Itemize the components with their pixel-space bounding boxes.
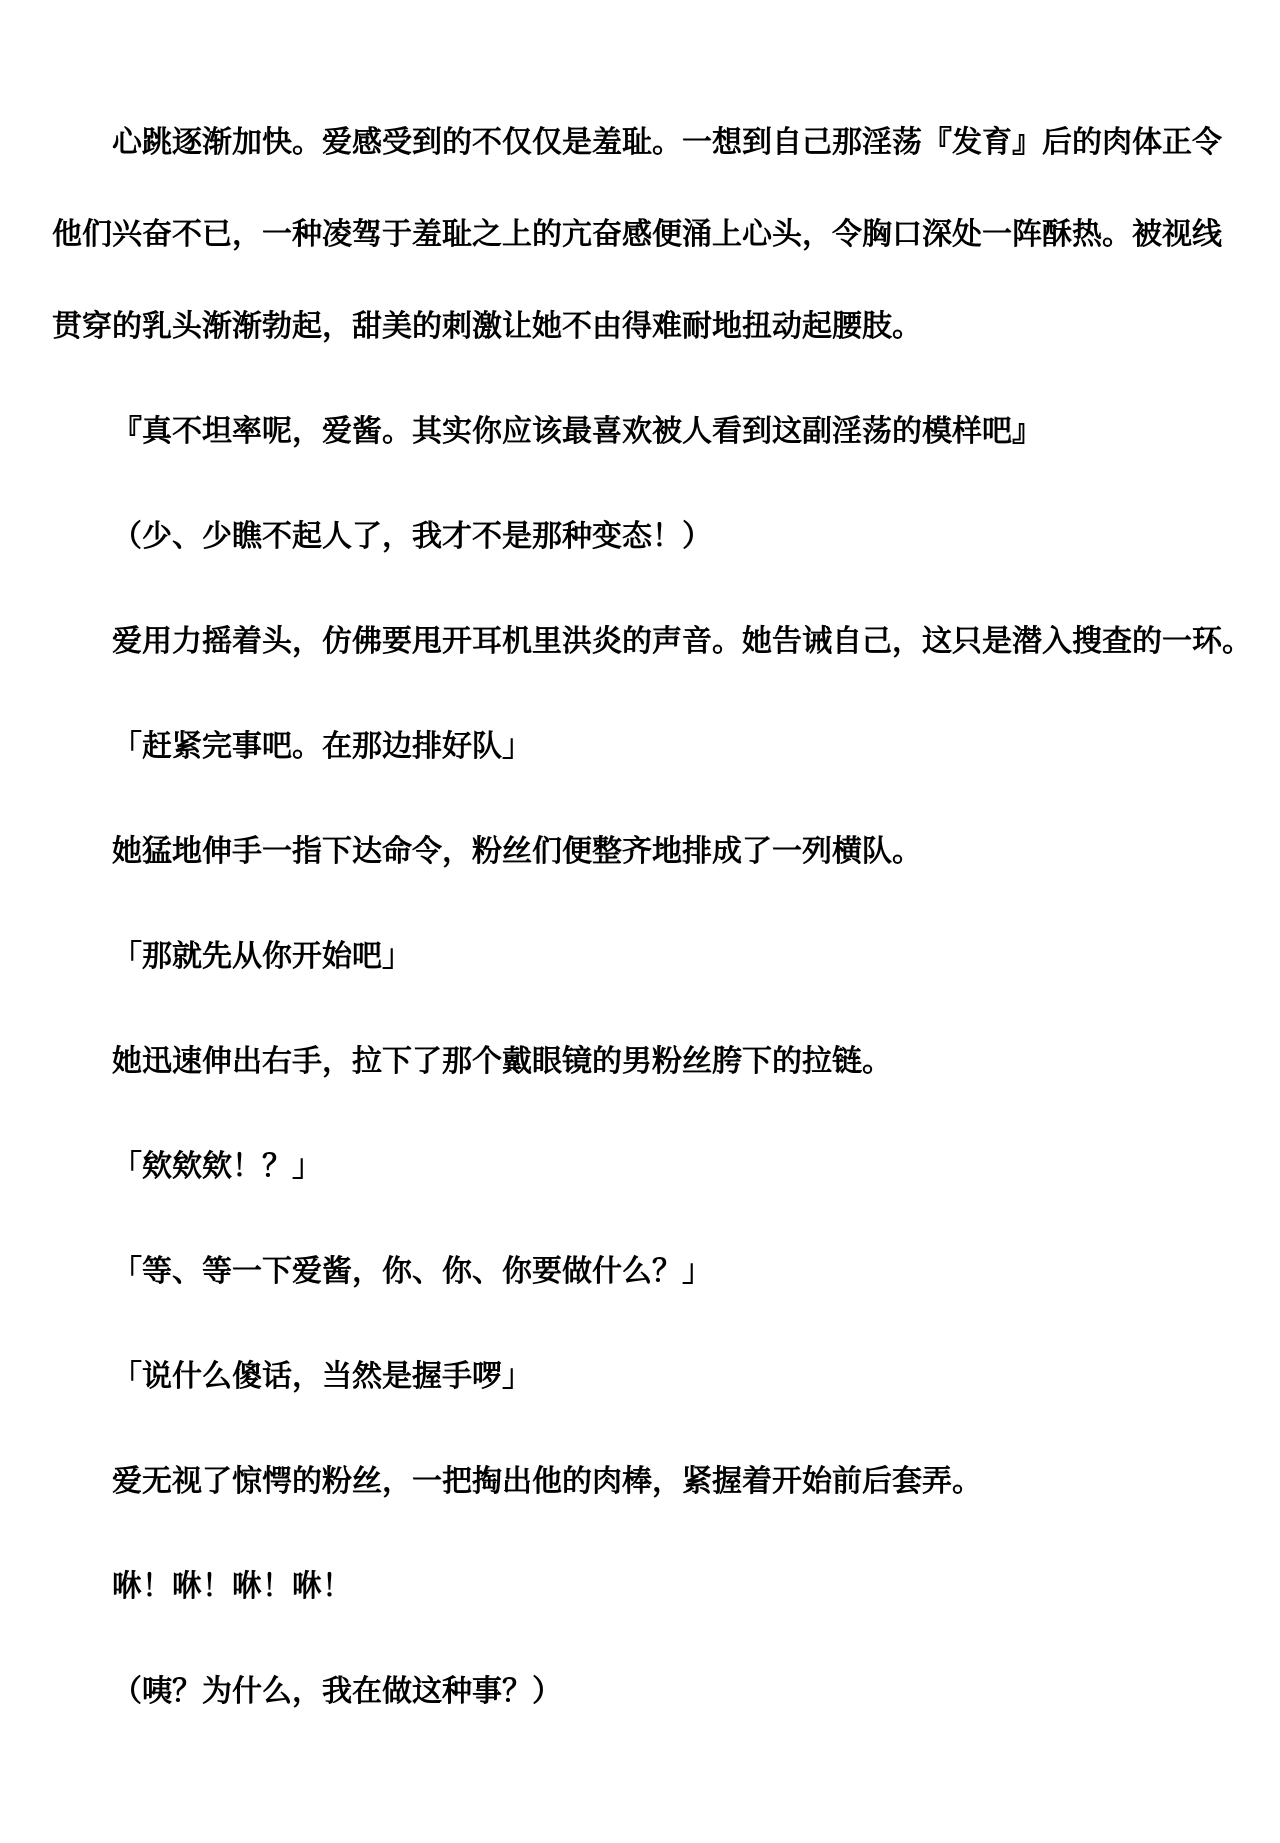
text-line: 爱无视了惊愕的粉丝，一把掏出他的肉棒，紧握着开始前后套弄。 <box>52 1436 1252 1528</box>
paragraph: （少、少瞧不起人了，我才不是那种变态！） <box>52 491 1252 583</box>
paragraph: 『真不坦率呢，爱酱。其实你应该最喜欢被人看到这副淫荡的模样吧』 <box>52 386 1252 478</box>
paragraph: 「说什么傻话，当然是握手啰」 <box>52 1331 1252 1423</box>
text-line: 心跳逐渐加快。爱感受到的不仅仅是羞耻。一想到自己那淫荡『发育』后的肉体正令 <box>52 97 1252 189</box>
paragraph: 心跳逐渐加快。爱感受到的不仅仅是羞耻。一想到自己那淫荡『发育』后的肉体正令 他们… <box>52 97 1252 373</box>
text-line: 爱用力摇着头，仿佛要甩开耳机里洪炎的声音。她告诫自己，这只是潜入搜查的一环。 <box>52 596 1252 688</box>
text-line: 她迅速伸出右手，拉下了那个戴眼镜的男粉丝胯下的拉链。 <box>52 1016 1252 1108</box>
paragraph: 她迅速伸出右手，拉下了那个戴眼镜的男粉丝胯下的拉链。 <box>52 1016 1252 1108</box>
text-line-thought: （咦？为什么，我在做这种事？） <box>52 1646 1252 1738</box>
paragraph: 爱用力摇着头，仿佛要甩开耳机里洪炎的声音。她告诫自己，这只是潜入搜查的一环。 <box>52 596 1252 688</box>
paragraph: （咦？为什么，我在做这种事？） <box>52 1646 1252 1738</box>
paragraph: 「欸欸欸！？」 <box>52 1121 1252 1213</box>
paragraph: 咻！咻！咻！咻！ <box>52 1541 1252 1633</box>
text-line-dialogue: 「等、等一下爱酱，你、你、你要做什么？」 <box>52 1226 1252 1318</box>
text-line-dialogue: 「赶紧完事吧。在那边排好队」 <box>52 701 1252 793</box>
text-line-dialogue: 『真不坦率呢，爱酱。其实你应该最喜欢被人看到这副淫荡的模样吧』 <box>52 386 1252 478</box>
paragraph: 「赶紧完事吧。在那边排好队」 <box>52 701 1252 793</box>
paragraph: 「等、等一下爱酱，你、你、你要做什么？」 <box>52 1226 1252 1318</box>
text-line-thought: （少、少瞧不起人了，我才不是那种变态！） <box>52 491 1252 583</box>
text-line-dialogue: 「欸欸欸！？」 <box>52 1121 1252 1213</box>
text-line-dialogue: 「那就先从你开始吧」 <box>52 911 1252 1003</box>
paragraph: 她猛地伸手一指下达命令，粉丝们便整齐地排成了一列横队。 <box>52 806 1252 898</box>
text-line-sfx: 咻！咻！咻！咻！ <box>52 1541 1252 1633</box>
text-line-dialogue: 「说什么傻话，当然是握手啰」 <box>52 1331 1252 1423</box>
text-line: 他们兴奋不已，一种凌驾于羞耻之上的亢奋感便涌上心头，令胸口深处一阵酥热。被视线 <box>52 189 1252 281</box>
text-line: 贯穿的乳头渐渐勃起，甜美的刺激让她不由得难耐地扭动起腰肢。 <box>52 281 1252 373</box>
novel-page: 心跳逐渐加快。爱感受到的不仅仅是羞耻。一想到自己那淫荡『发育』后的肉体正令 他们… <box>0 0 1280 1843</box>
paragraph: 「那就先从你开始吧」 <box>52 911 1252 1003</box>
paragraph: 爱无视了惊愕的粉丝，一把掏出他的肉棒，紧握着开始前后套弄。 <box>52 1436 1252 1528</box>
text-line: 她猛地伸手一指下达命令，粉丝们便整齐地排成了一列横队。 <box>52 806 1252 898</box>
